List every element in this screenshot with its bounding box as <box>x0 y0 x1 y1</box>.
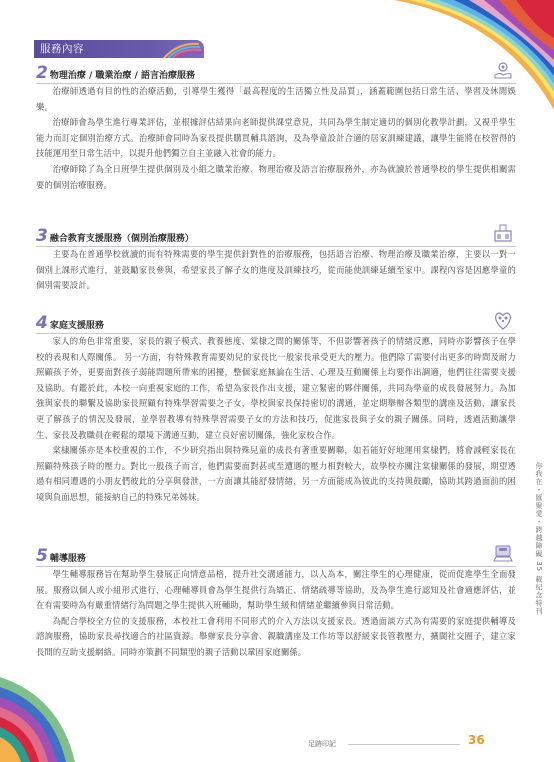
footer-divider <box>348 744 460 745</box>
section-number: 5 <box>36 548 48 565</box>
paragraph: 治療師會為學生進行專業評估，並根據評估結果向老師提供課堂意見，共同為學生制定適切… <box>36 115 516 162</box>
section-therapy-services: 2 物理治療 / 職業治療 / 語言治療服務 治療師透過有目的性的治療活動，引導… <box>36 64 516 193</box>
banner-rainbow-icon <box>154 40 204 58</box>
section-family-support: 4 家庭支援服務 家人的角色非常重要，家長的親子模式、教養態度、棠棣之間的關係等… <box>36 314 516 506</box>
section-banner: 服務內容 <box>34 40 204 58</box>
family-heart-icon <box>492 309 514 331</box>
banner-label: 服務內容 <box>40 41 84 56</box>
counseling-laptop-icon <box>492 542 514 564</box>
section-title: 物理治療 / 職業治療 / 語言治療服務 <box>50 70 195 82</box>
paragraph: 治療師除了為全日班學生提供個別及小組之職業治療、物理治療及語言治療服務外，亦為就… <box>36 162 516 193</box>
section-header: 4 家庭支援服務 <box>36 314 516 334</box>
page-number: 36 <box>468 733 485 747</box>
section-title: 融合教育支援服務（個別治療服務） <box>50 233 194 245</box>
section-number: 2 <box>36 65 48 82</box>
paragraph: 家人的角色非常重要，家長的親子模式、教養態度、棠棣之間的關係等，不但影響著孩子的… <box>36 334 516 443</box>
section-number: 4 <box>36 315 48 332</box>
rainbow-decoration-bottom <box>0 672 90 762</box>
footer-label: 足跡印記 <box>308 739 336 749</box>
paragraph: 棠棣關係亦是本校重視的工作，不少研究指出與特殊兒童的成長有著重要關聯，如若能好好… <box>36 443 516 505</box>
section-title: 輔導服務 <box>50 553 86 565</box>
section-number: 3 <box>36 228 48 245</box>
side-caption: 你我在・匯聚愛・跨越障礙 35 載紀念特刊 <box>532 462 544 615</box>
school-building-icon <box>492 222 514 244</box>
section-title: 家庭支援服務 <box>50 320 104 332</box>
paragraph: 治療師透過有目的性的治療活動，引導學生獲得「最高程度的生活獨立性及品質」，涵蓋範… <box>36 84 516 115</box>
paragraph: 學生輔導服務旨在幫助學生發展正向情意品格，提升社交溝通能力，以人為本，關注學生的… <box>36 567 516 614</box>
paragraph: 主要為在普通學校就讀的而有特殊需要的學生提供針對性的治療服務，包括語言治療、物理… <box>36 247 516 294</box>
section-header: 5 輔導服務 <box>36 547 516 567</box>
section-header: 2 物理治療 / 職業治療 / 語言治療服務 <box>36 64 516 84</box>
section-header: 3 融合教育支援服務（個別治療服務） <box>36 227 516 247</box>
gear-hand-icon <box>492 59 514 81</box>
section-inclusive-education: 3 融合教育支援服務（個別治療服務） 主要為在普通學校就讀的而有特殊需要的學生提… <box>36 227 516 294</box>
paragraph: 為配合學校全方位的支援服務，本校社工會利用不同形式的介入方法以支援家長。透過面談… <box>36 614 516 661</box>
section-counseling: 5 輔導服務 學生輔導服務旨在幫助學生發展正向情意品格，提升社交溝通能力，以人為… <box>36 547 516 661</box>
